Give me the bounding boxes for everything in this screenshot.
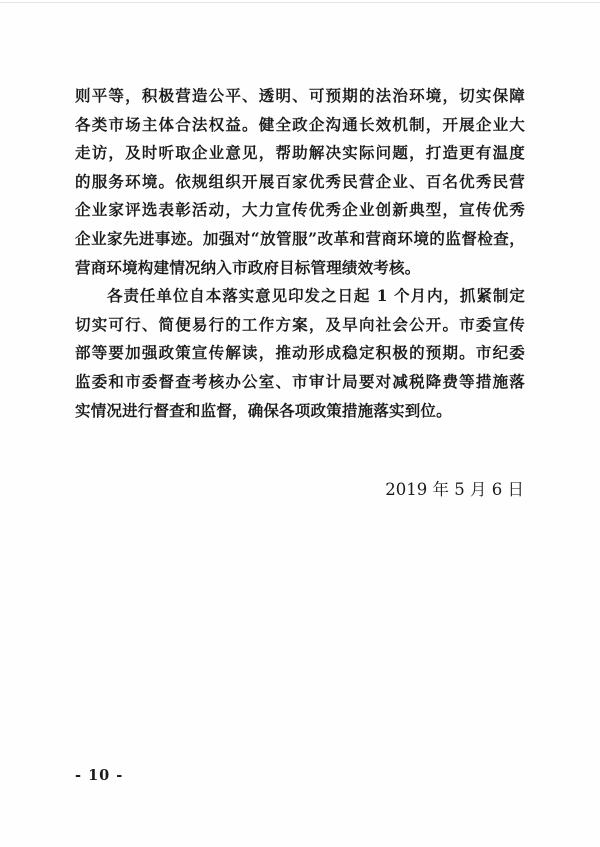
text-line: 实情况进行督查和监督，确保各项政策措施落实到位。 — [75, 397, 525, 426]
text-line: 营商环境构建情况纳入市政府目标管理绩效考核。 — [75, 254, 525, 283]
document-page: 则平等，积极营造公平、透明、可预期的法治环境，切实保障 各类市场主体合法权益。健… — [0, 0, 600, 847]
text-line: 企业家先进事迹。加强对“放管服”改革和营商环境的监督检查， — [75, 225, 525, 254]
text-line: 走访，及时听取企业意见，帮助解决实际问题，打造更有温度 — [75, 139, 525, 168]
document-body: 则平等，积极营造公平、透明、可预期的法治环境，切实保障 各类市场主体合法权益。健… — [75, 82, 525, 425]
text-line: 监委和市委督查考核办公室、市审计局要对减税降费等措施落 — [75, 368, 525, 397]
text-line: 则平等，积极营造公平、透明、可预期的法治环境，切实保障 — [75, 82, 525, 111]
document-date: 2019 年 5 月 6 日 — [75, 476, 524, 504]
text-line: 企业家评选表彰活动，大力宣传优秀企业创新典型，宣传优秀 — [75, 196, 525, 225]
page-number: - 10 - — [75, 766, 123, 786]
text-line: 的服务环境。依规组织开展百家优秀民营企业、百名优秀民营 — [75, 168, 525, 197]
scan-edge-artifact — [0, 2, 600, 3]
text-line: 切实可行、简便易行的工作方案，及早向社会公开。市委宣传 — [75, 311, 525, 340]
text-line: 部等要加强政策宣传解读，推动形成稳定积极的预期。市纪委 — [75, 339, 525, 368]
text-line: 各责任单位自本落实意见印发之日起 1 个月内，抓紧制定 — [75, 282, 525, 311]
text-line: 各类市场主体合法权益。健全政企沟通长效机制，开展企业大 — [75, 111, 525, 140]
